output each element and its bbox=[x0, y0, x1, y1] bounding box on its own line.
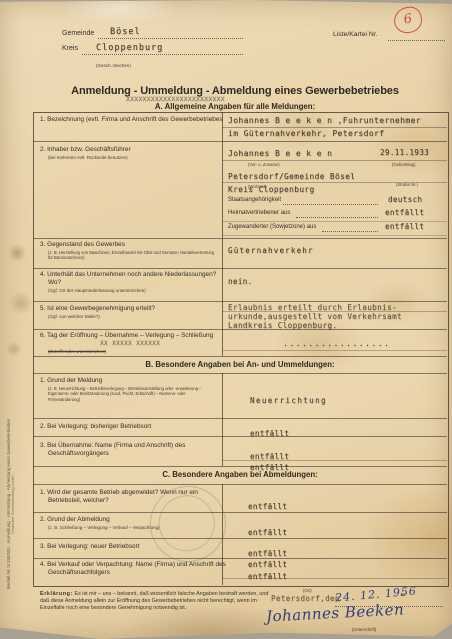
c-row4-value-line1: entfällt bbox=[248, 560, 287, 569]
declaration-text: Es ist mir – uns – bekannt, daß wissentl… bbox=[40, 591, 268, 611]
value-underline bbox=[222, 578, 447, 579]
value-underline bbox=[222, 460, 447, 461]
kreis-label: Kreis bbox=[62, 45, 78, 53]
row-line bbox=[33, 512, 447, 513]
row-line bbox=[33, 418, 447, 419]
red-circled-number: 6 bbox=[392, 5, 424, 35]
declaration: Erklärung: Es ist mir – uns – bekannt, d… bbox=[40, 591, 278, 612]
margin-imprint: Bestell-Nr. N 150/530 · Anmeldung - Umme… bbox=[6, 379, 20, 629]
a-row3-value: Güternahverkehr bbox=[228, 246, 314, 255]
value-underline bbox=[222, 127, 447, 128]
row-line bbox=[33, 268, 447, 269]
gemeinde-label: Gemeinde bbox=[62, 30, 94, 38]
section-b-heading: B. Besondere Angaben bei An- und Ummeldu… bbox=[33, 360, 447, 369]
place-value: Petersdorf,den bbox=[271, 594, 340, 603]
row-line bbox=[33, 356, 447, 357]
row-line bbox=[33, 558, 447, 559]
signature-handwritten: Johannes Beeken bbox=[266, 600, 405, 625]
a-row1-value-line1: Johannes B e e k e n ,Fuhrunternehmer bbox=[228, 116, 421, 125]
a-row6-label: 6. Tag der Eröffnung – Übernahme – Verle… bbox=[40, 332, 228, 340]
office-stamp-inner-ring bbox=[153, 489, 221, 557]
a-row5-label: 5. Ist eine Gewerbegenehmigung erteilt? bbox=[40, 305, 218, 313]
row-line bbox=[33, 538, 447, 539]
row-line bbox=[33, 484, 447, 485]
a-row2-street-caption: (Straße Nr.) bbox=[396, 182, 418, 187]
leader-line bbox=[322, 230, 378, 232]
leader-line bbox=[283, 203, 378, 205]
value-underline bbox=[222, 221, 447, 222]
place-caption: (Ort) bbox=[303, 588, 312, 593]
b-row1-value: Neuerrichtung bbox=[250, 396, 327, 405]
a-row1-label: 1. Bezeichnung (evtl. Firma und Anschrif… bbox=[40, 116, 223, 124]
column-divider-a bbox=[222, 112, 223, 356]
value-underline bbox=[222, 311, 447, 312]
a-row2-immigrant-label: Zugewanderter (Sowjetzone) aus bbox=[228, 224, 316, 232]
a-row2-birthdate-value: 29.11.1933 bbox=[380, 148, 429, 157]
a-row4-value: nein. bbox=[228, 277, 253, 286]
a-row2-district-value: Kreis Cloppenburg bbox=[228, 185, 315, 194]
row-line bbox=[33, 373, 447, 374]
row-line bbox=[33, 436, 447, 437]
kreis-line bbox=[82, 53, 243, 55]
value-underline bbox=[222, 235, 447, 236]
c-row3-value: entfällt bbox=[248, 549, 287, 558]
a-row2-expellee-value: entfällt bbox=[385, 208, 424, 217]
b-row3-label: 3. Bei Übernahme: Name (Firma und Anschr… bbox=[40, 442, 228, 457]
gemeinde-value: Bösel bbox=[110, 27, 141, 37]
a-row3-label: 3. Gegenstand des Gewerbes bbox=[40, 241, 215, 249]
a-row2-name-caption: (Vor- u. Zuname) bbox=[248, 162, 280, 167]
a-row2-sub: (bei mehreren evtl. Rückseite benutzen) bbox=[48, 155, 213, 160]
a-row5-value-line3: Landkreis Cloppenburg. bbox=[228, 321, 337, 330]
leader-line bbox=[296, 216, 378, 218]
gesch-zeichen-label: (Gesch.-Zeichen) bbox=[96, 63, 131, 68]
c-row2-value: entfällt bbox=[248, 528, 287, 537]
a-row5-value-line2: urkunde,ausgestellt vom Verkehrsamt bbox=[228, 312, 402, 321]
a-row2-expellee-label: Heimatvertriebener aus bbox=[228, 210, 290, 218]
a-row5-sub: (Ggf. von welcher Stelle?) bbox=[48, 314, 216, 319]
a-row4-sub: (Ggf. Ort der Hauptniederlassung unterst… bbox=[48, 288, 216, 293]
form-title: Anmeldung - Ummeldung - Abmeldung eines … bbox=[30, 85, 440, 97]
row-line bbox=[33, 466, 447, 467]
declaration-title: Erklärung: bbox=[40, 591, 73, 597]
a-row4-label: 4. Unterhält das Unternehmen noch andere… bbox=[40, 271, 226, 286]
b-row2-value: entfällt bbox=[250, 429, 289, 438]
a-row2-name-value: Johannes B e e k e n bbox=[228, 149, 332, 158]
signature-caption: (Unterschrift) bbox=[352, 627, 376, 632]
value-underline bbox=[222, 350, 447, 351]
section-c-heading: C. Besondere Angaben bei Abmeldungen: bbox=[33, 470, 447, 479]
a-row2-nationality-value: deutsch bbox=[388, 195, 422, 204]
a-row3-sub: (z. B. Herstellung von Maschinen; Einzel… bbox=[48, 250, 216, 261]
a-row6-value-dots: ................. bbox=[283, 339, 390, 348]
margin-imprint-line2: Deutscher Gemeindeverlag GmbH. bbox=[11, 379, 16, 629]
row-line bbox=[33, 238, 447, 239]
a-row2-immigrant-value: entfällt bbox=[385, 222, 424, 231]
row-line bbox=[33, 141, 447, 142]
value-underline bbox=[222, 160, 447, 161]
a-row2-birthdate-caption: (Geburtstag) bbox=[392, 162, 416, 167]
b-row1-sub: (z. B. Neuerrichtung – Betriebsverlegung… bbox=[48, 386, 218, 402]
a-row6-sub: (Zutreffendes unterstreichen) bbox=[48, 349, 106, 354]
c-row4-value-line2: entfällt bbox=[248, 572, 287, 581]
a-row2-label: 2. Inhaber bzw. Geschäftsführer bbox=[40, 146, 215, 154]
b-row1-label: 1. Grund der Meldung bbox=[40, 377, 215, 385]
a-row6-strikeout: XX XXXXX XXXXXX bbox=[100, 340, 160, 347]
a-row2-nationality-label: Staatsangehörigkeit bbox=[228, 197, 281, 205]
scanned-form-paper: Bestell-Nr. N 150/530 · Anmeldung - Umme… bbox=[0, 0, 452, 639]
b-row2-label: 2. Bei Verlegung: bisheriger Betriebsort bbox=[40, 423, 218, 431]
c-row4-label: 4. Bei Verkauf oder Verpachtung: Name (F… bbox=[40, 561, 228, 576]
liste-kartei-line bbox=[388, 39, 445, 41]
a-row1-value-line2: im Güternahverkehr, Petersdorf bbox=[228, 129, 385, 138]
c-row1-value: entfällt bbox=[248, 502, 287, 511]
a-row2-residence-value: Petersdorf/Gemeinde Bösel bbox=[228, 172, 355, 181]
gemeinde-line bbox=[98, 37, 243, 39]
row-line bbox=[33, 301, 447, 302]
red-circled-number-value: 6 bbox=[403, 11, 414, 27]
section-a-heading: A. Allgemeine Angaben für alle Meldungen… bbox=[30, 102, 440, 111]
liste-kartei-label: Liste/Kartei Nr. bbox=[333, 31, 378, 39]
kreis-value: Cloppenburg bbox=[96, 43, 163, 53]
